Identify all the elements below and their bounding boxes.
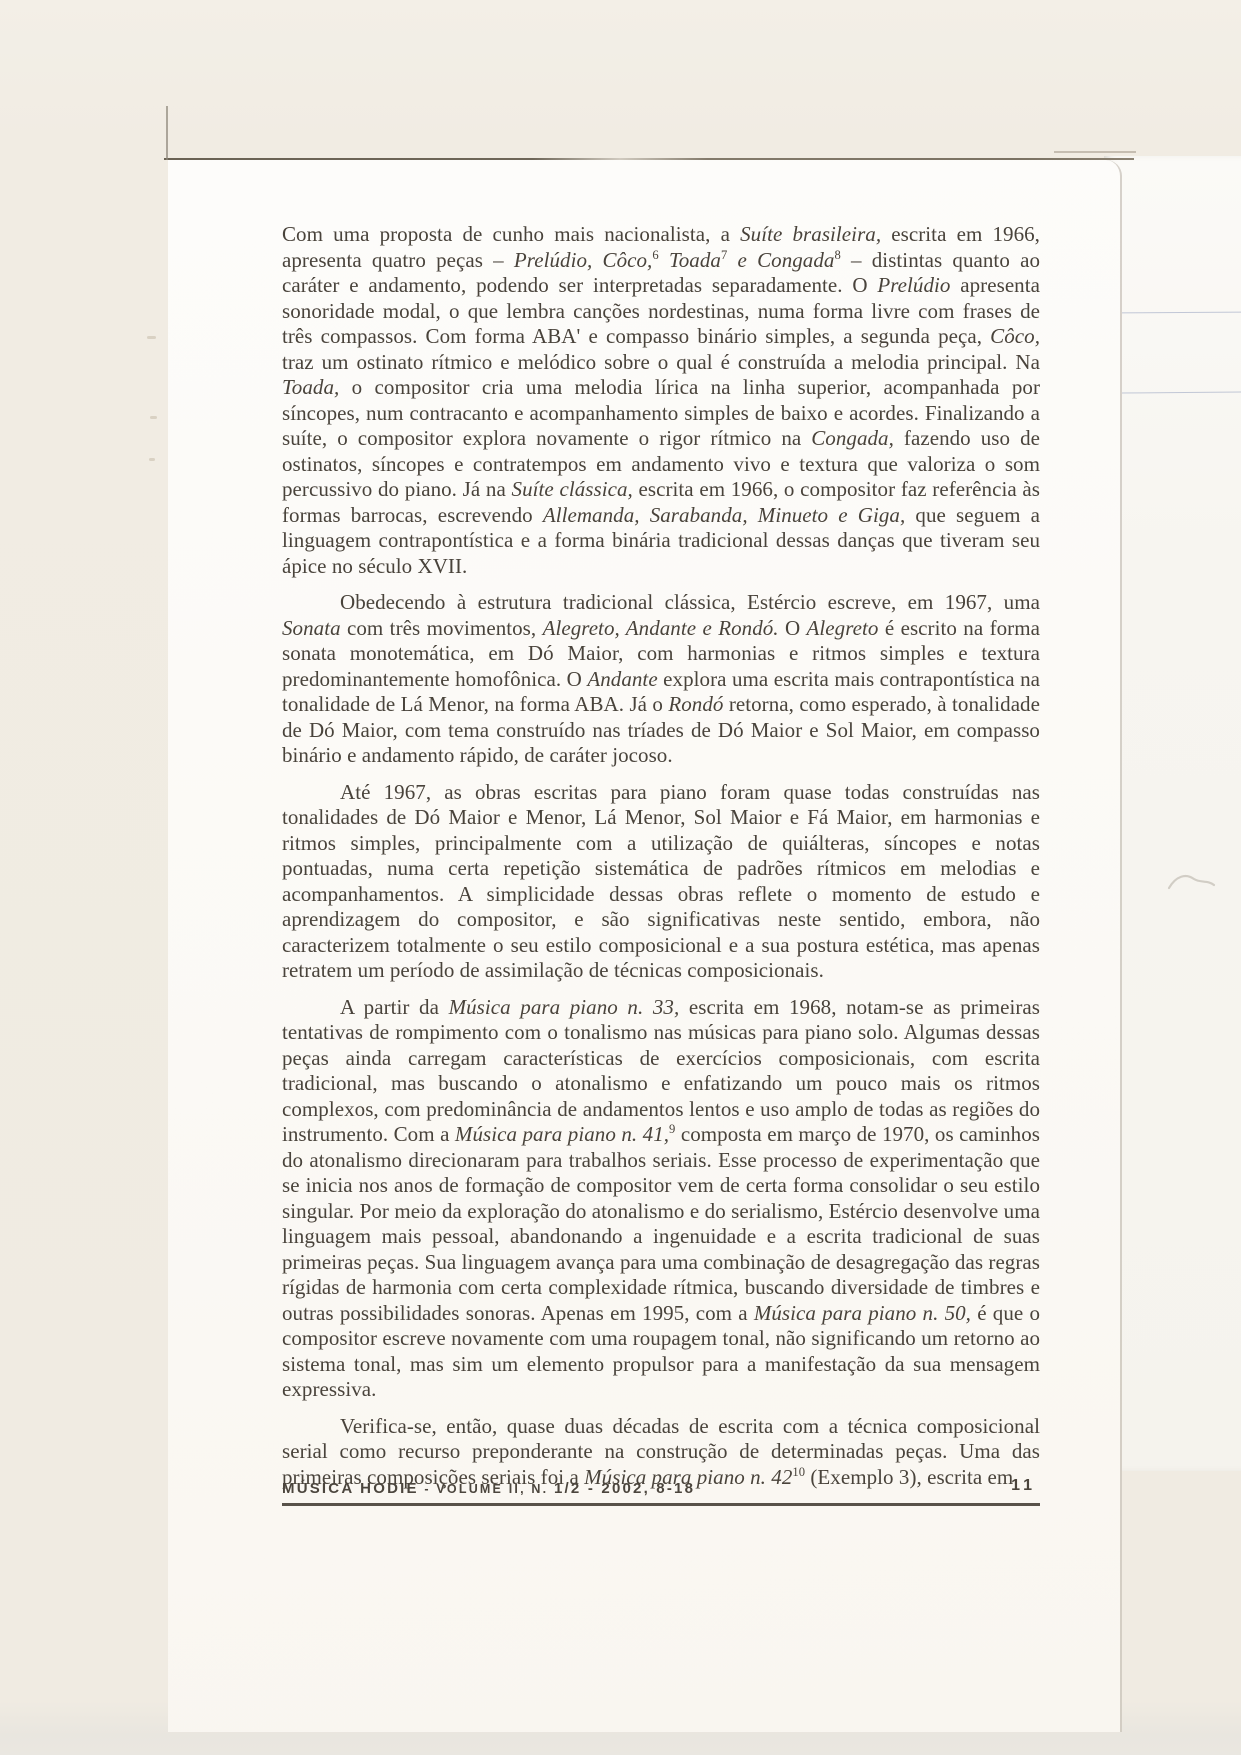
- scan-speck: [147, 336, 156, 339]
- scan-speck: [149, 458, 155, 461]
- article-text: Com uma proposta de cunho mais nacionali…: [282, 222, 1040, 1490]
- journal-volume: - VOLUME II, N.: [419, 1482, 554, 1496]
- paragraph: Obedecendo à estrutura tradicional cláss…: [282, 590, 1040, 769]
- footer-rule: [282, 1503, 1040, 1506]
- paragraph: Com uma proposta de cunho mais nacionali…: [282, 222, 1040, 579]
- page-top-edge: [164, 158, 1134, 160]
- page-top-edge-faint: [1054, 151, 1136, 153]
- paragraph: Verifica-se, então, quase duas décadas d…: [282, 1414, 1040, 1491]
- paragraph: A partir da Música para piano n. 33, esc…: [282, 995, 1040, 1403]
- ruled-line: [1120, 391, 1241, 393]
- page-corner-line: [166, 106, 168, 160]
- page-number: 11: [1011, 1477, 1036, 1495]
- scanned-page: Com uma proposta de cunho mais nacionali…: [0, 0, 1241, 1755]
- journal-footer: MÚSICA HODIE - VOLUME II, N. 1/2 - 2002,…: [282, 1480, 1040, 1520]
- underlying-sheet: [1104, 156, 1241, 1471]
- pencil-mark: [1166, 868, 1218, 898]
- journal-name: MÚSICA HODIE: [282, 1480, 419, 1497]
- paper-page: Com uma proposta de cunho mais nacionali…: [168, 160, 1122, 1732]
- journal-issue: 1/2 - 2002, 8-18: [554, 1480, 695, 1497]
- paragraph: Até 1967, as obras escritas para piano f…: [282, 780, 1040, 984]
- scan-speck: [150, 416, 157, 419]
- ruled-line: [1120, 312, 1241, 314]
- journal-citation: MÚSICA HODIE - VOLUME II, N. 1/2 - 2002,…: [282, 1480, 695, 1498]
